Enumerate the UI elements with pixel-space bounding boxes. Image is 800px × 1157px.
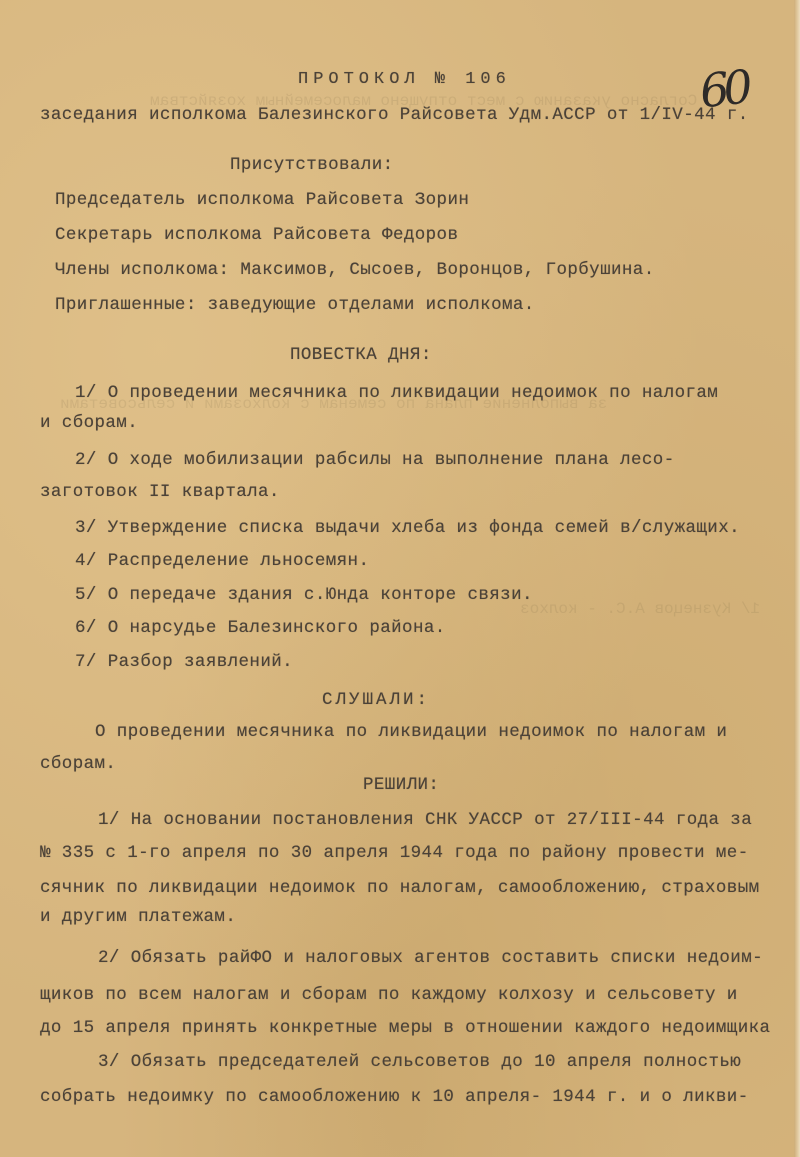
attendance-line: Члены исполкома: Максимов, Сысоев, Ворон… [55, 260, 655, 280]
agenda-item: 6/ О нарсудье Балезинского района. [75, 618, 446, 638]
agenda-item: 3/ Утверждение списка выдачи хлеба из фо… [75, 518, 740, 538]
document-title: ПРОТОКОЛ № 106 [298, 70, 511, 89]
document-subtitle: заседания исполкома Балезинского Райсове… [40, 105, 749, 125]
decision-line: 3/ Обязать председателей сельсоветов до … [98, 1052, 741, 1072]
archival-document-page: Согласно указанию с мест отпущено малосе… [0, 0, 800, 1157]
decided-heading: РЕШИЛИ: [363, 775, 439, 795]
decision-line: 2/ Обязать райФО и налоговых агентов сос… [98, 948, 763, 968]
agenda-item: 4/ Распределение льносемян. [75, 551, 369, 571]
agenda-item-continuation: и сборам. [40, 413, 138, 433]
decision-line: и другим платежам. [40, 907, 236, 927]
bleed-through-text: 1/ Кузнецов А.С. - колхоз [520, 600, 760, 618]
decision-line: собрать недоимку по самообложению к 10 а… [40, 1087, 749, 1107]
attendance-line: Председатель исполкома Райсовета Зорин [55, 190, 469, 210]
heard-text: О проведении месячника по ликвидации нед… [95, 722, 727, 742]
heard-text-continuation: сборам. [40, 754, 116, 774]
decision-line: до 15 апреля принять конкретные меры в о… [40, 1018, 770, 1038]
decision-line: щиков по всем налогам и сборам по каждом… [40, 985, 738, 1005]
agenda-item: 1/ О проведении месячника по ликвидации … [75, 383, 718, 403]
heard-heading: СЛУШАЛИ: [322, 690, 430, 710]
decision-line: 1/ На основании постановления СНК УАССР … [98, 810, 752, 830]
agenda-heading: ПОВЕСТКА ДНЯ: [290, 345, 432, 365]
decision-line: сячник по ликвидации недоимок по налогам… [40, 878, 760, 898]
agenda-item: 7/ Разбор заявлений. [75, 652, 293, 672]
decision-line: № 335 с 1-го апреля по 30 апреля 1944 го… [40, 843, 749, 863]
agenda-item: 2/ О ходе мобилизации рабсилы на выполне… [75, 450, 675, 470]
page-edge [794, 0, 800, 1157]
agenda-item-continuation: заготовок II квартала. [40, 482, 280, 502]
agenda-item: 5/ О передаче здания с.Юнда конторе связ… [75, 585, 533, 605]
attendance-line: Секретарь исполкома Райсовета Федоров [55, 225, 458, 245]
attendance-heading: Присутствовали: [230, 155, 394, 175]
attendance-line: Приглашенные: заведующие отделами исполк… [55, 295, 535, 315]
